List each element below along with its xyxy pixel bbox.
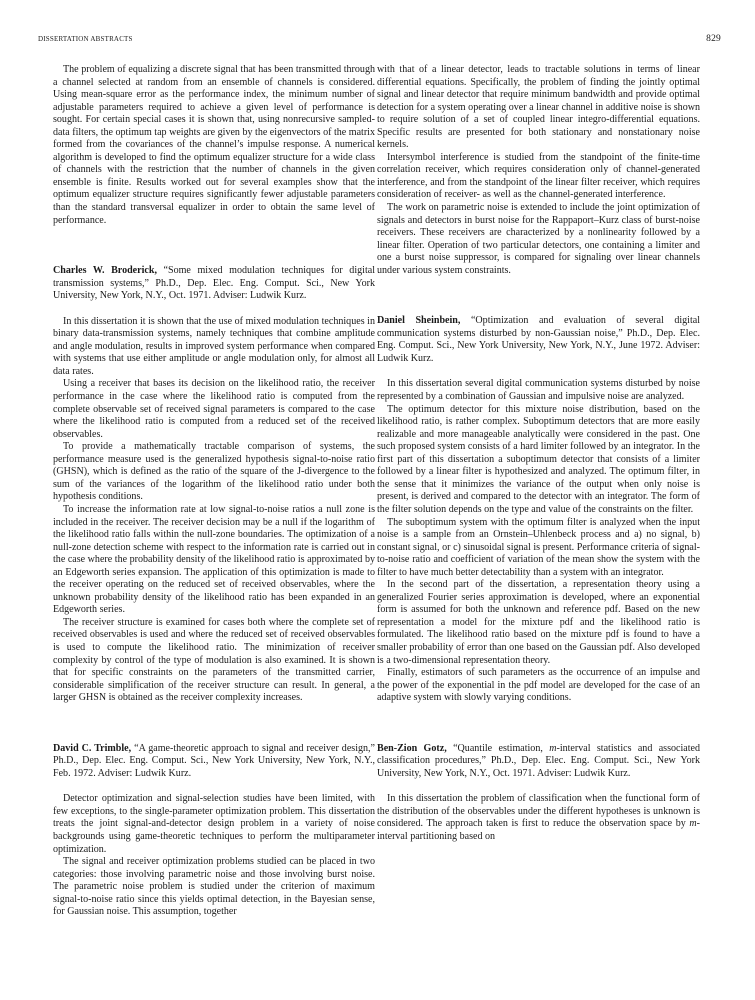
journal-title: DISSERTATION ABSTRACTS	[38, 35, 133, 43]
abstract-paragraph: To provide a mathematically tractable co…	[53, 441, 375, 504]
abstract-paragraph: The signal and receiver optimization pro…	[53, 856, 375, 919]
page-number: 829	[706, 34, 721, 44]
abstract-trimble: Detector optimization and signal-selecti…	[53, 793, 375, 918]
author-name: Charles W. Broderick,	[53, 265, 157, 276]
abstract-paragraph: Finally, estimators of such parameters a…	[377, 667, 700, 705]
abstract-paragraph: Detector optimization and signal-selecti…	[53, 793, 375, 856]
citation-sheinbein: Daniel Sheinbein, “Optimization and eval…	[377, 315, 700, 365]
paragraph-italic: m	[689, 818, 696, 829]
abstract-paragraph: In this dissertation the problem of clas…	[377, 793, 700, 843]
abstract-paragraph: To increase the information rate at low …	[53, 504, 375, 617]
citation-text: “Quantile estimation,	[447, 743, 550, 754]
paragraph-text: In this dissertation the problem of clas…	[377, 793, 700, 829]
abstract-paragraph: The work on parametric noise is extended…	[377, 202, 700, 277]
abstract-sheinbein: In this dissertation several digital com…	[377, 378, 700, 704]
abstract-paragraph: with that of a linear detector, leads to…	[377, 64, 700, 152]
abstract-paragraph: The optimum detector for this mixture no…	[377, 404, 700, 517]
abstract-paragraph: Intersymbol interference is studied from…	[377, 152, 700, 202]
citation-trimble: David C. Trimble, “A game-theoretic appr…	[53, 743, 375, 781]
abstract-paragraph: The receiver structure is examined for c…	[53, 617, 375, 705]
abstract-paragraph: In this dissertation several digital com…	[377, 378, 700, 403]
abstract-paragraph: Using a receiver that bases its decision…	[53, 378, 375, 441]
abstract-paragraph: The suboptimum system with the optimum f…	[377, 517, 700, 580]
author-name: David C. Trimble,	[53, 743, 131, 754]
citation-broderick: Charles W. Broderick, “Some mixed modula…	[53, 265, 375, 303]
abstract-paragraph: The problem of equalizing a discrete sig…	[53, 64, 375, 227]
right-column: with that of a linear detector, leads to…	[377, 64, 700, 844]
author-name: Daniel Sheinbein,	[377, 315, 460, 326]
abstract-broderick: In this dissertation it is shown that th…	[53, 316, 375, 705]
abstract-paragraph: In the second part of the dissertation, …	[377, 579, 700, 667]
abstract-paragraph: In this dissertation it is shown that th…	[53, 316, 375, 379]
abstract-gotz: In this dissertation the problem of clas…	[377, 793, 700, 843]
left-column: The problem of equalizing a discrete sig…	[53, 64, 375, 919]
author-name: Ben-Zion Gotz,	[377, 743, 447, 754]
citation-gotz: Ben-Zion Gotz, “Quantile estimation, m-i…	[377, 743, 700, 781]
running-head: DISSERTATION ABSTRACTS 829	[38, 34, 721, 44]
